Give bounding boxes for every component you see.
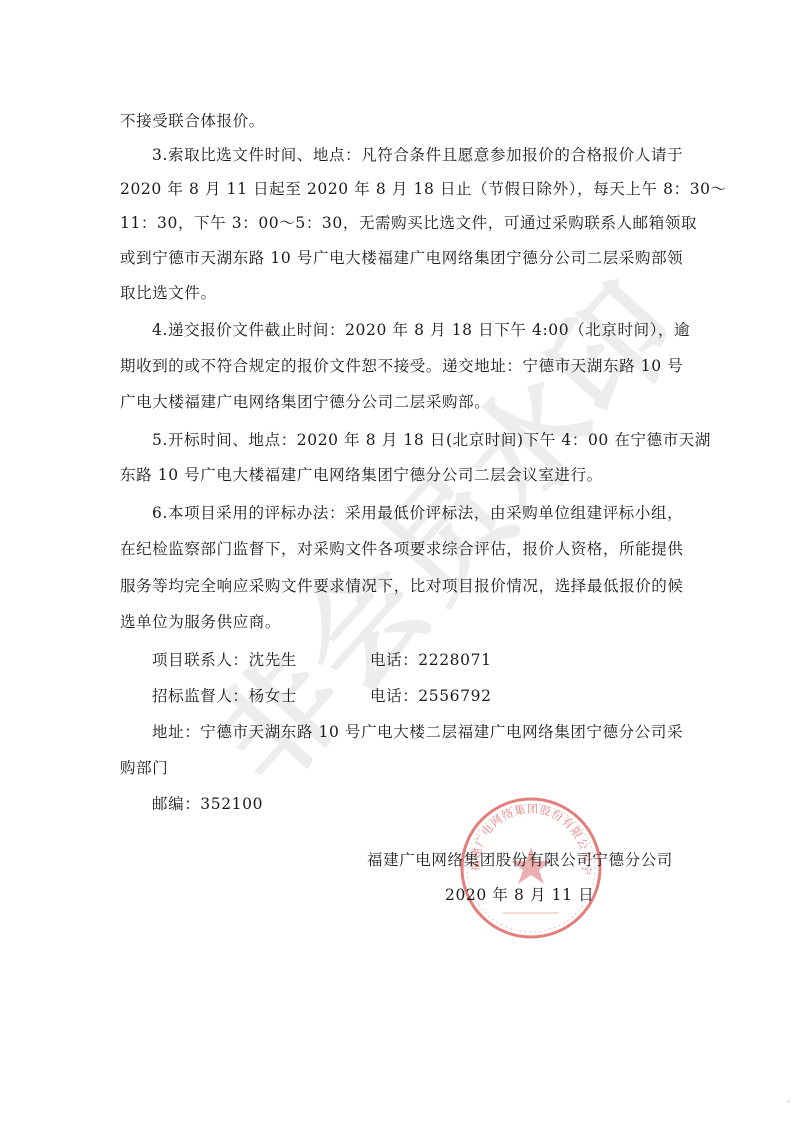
paragraph-3-line: 2020 年 8 月 11 日起至 2020 年 8 月 18 日止（节假日除外… bbox=[120, 179, 670, 199]
document-page: 非会员水印 不接受联合体报价。 3.索取比选文件时间、地点：凡符合条件且愿意参加… bbox=[0, 0, 793, 1121]
signature-company: 福建广电网络集团股份有限公司宁德分公司 bbox=[367, 850, 673, 870]
paragraph-6-line: 6.本项目采用的评标办法：采用最低价评标法，由采购单位组建评标小组， bbox=[152, 503, 702, 523]
paragraph-5-line: 5.开标时间、地点：2020 年 8 月 18 日(北京时间)下午 4：00 在… bbox=[152, 430, 702, 450]
signature-date: 2020 年 8 月 11 日 bbox=[445, 885, 594, 905]
supervisor-contact-phone: 电话：2556792 bbox=[370, 686, 492, 706]
project-contact-label: 项目联系人：沈先生 bbox=[152, 650, 297, 670]
paragraph-3-line: 3.索取比选文件时间、地点：凡符合条件且愿意参加报价的合格报价人请于 bbox=[152, 145, 702, 165]
paragraph-4-line: 4.递交报价文件截止时间：2020 年 8 月 18 日下午 4:00（北京时间… bbox=[152, 320, 702, 340]
paragraph-line: 不接受联合体报价。 bbox=[120, 111, 670, 131]
paragraph-6-line: 选单位为服务供应商。 bbox=[120, 612, 670, 632]
scan-speck bbox=[787, 1100, 790, 1103]
address-line: 地址：宁德市天湖东路 10 号广电大楼二层福建广电网络集团宁德分公司采 bbox=[152, 722, 702, 742]
supervisor-contact-label: 招标监督人：杨女士 bbox=[152, 686, 297, 706]
project-contact-phone: 电话：2228071 bbox=[370, 650, 492, 670]
paragraph-4-line: 期收到的或不符合规定的报价文件恕不接受。递交地址：宁德市天湖东路 10 号 bbox=[120, 356, 670, 376]
postcode: 邮编：352100 bbox=[152, 794, 702, 814]
paragraph-5-line: 东路 10 号广电大楼福建广电网络集团宁德分公司二层会议室进行。 bbox=[120, 465, 670, 485]
paragraph-3-line: 11：30，下午 3：00～5：30，无需购买比选文件，可通过采购联系人邮箱领取 bbox=[120, 213, 670, 233]
address-line-continued: 购部门 bbox=[120, 758, 670, 778]
paragraph-6-line: 服务等均完全响应采购文件要求情况下，比对项目报价情况，选择最低报价的候 bbox=[120, 576, 670, 596]
paragraph-4-line: 广电大楼福建广电网络集团宁德分公司二层采购部。 bbox=[120, 392, 670, 412]
paragraph-6-line: 在纪检监察部门监督下，对采购文件各项要求综合评估，报价人资格，所能提供 bbox=[120, 539, 670, 559]
paragraph-3-line: 或到宁德市天湖东路 10 号广电大楼福建广电网络集团宁德分公司二层采购部领 bbox=[120, 248, 670, 268]
paragraph-3-line: 取比选文件。 bbox=[120, 283, 670, 303]
